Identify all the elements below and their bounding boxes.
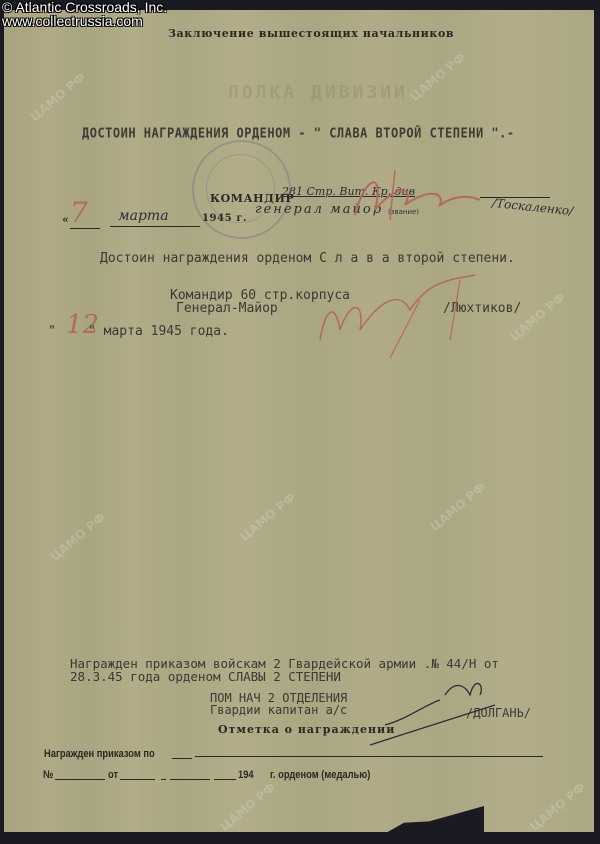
date-year-1: 1945 г.	[202, 213, 247, 224]
form-date-line	[161, 779, 166, 780]
section-title: Заключение вышестоящих начальников	[168, 27, 454, 40]
form-date-line	[120, 779, 155, 780]
copyright-watermark: © Atlantic Crossroads, Inc. www.collectr…	[2, 0, 167, 28]
archive-watermark: ЦАМО РФ	[47, 510, 108, 564]
date-month-line	[110, 226, 200, 227]
official-stamp	[192, 140, 291, 239]
form-awarded-by-label: Награжден приказом по	[44, 748, 155, 760]
verdict-2: Достоин награждения орденом С л а в а вт…	[100, 251, 515, 266]
corps-commander-line2: Генерал-Майор	[176, 301, 278, 316]
form-line	[172, 758, 192, 759]
archive-watermark: ЦАМО РФ	[407, 50, 468, 104]
archive-watermark: ЦАМО РФ	[507, 290, 568, 344]
date-quote-2: "	[48, 324, 56, 339]
date-open-quote: «	[62, 213, 69, 226]
ink-signature-3	[365, 670, 515, 750]
verdict-1: ДОСТОИН НАГРАЖДЕНИЯ ОРДЕНОМ - " СЛАВА ВТ…	[82, 125, 515, 140]
faded-title: ПОЛКА ДИВИЗИИ	[228, 82, 408, 103]
archive-watermark: ЦАМО РФ	[237, 490, 298, 544]
website-line: www.collectrussia.com	[2, 14, 167, 28]
form-number-label: №	[43, 769, 53, 781]
date-day-line	[70, 228, 100, 229]
red-signature-2	[300, 270, 490, 360]
form-date-line	[170, 779, 210, 780]
archive-watermark: ЦАМО РФ	[27, 70, 88, 124]
form-award-suffix: г. орденом (медалью)	[270, 769, 370, 781]
red-signature-1	[345, 165, 485, 225]
form-line	[195, 756, 543, 757]
date-month-1: марта	[118, 208, 169, 224]
form-number-line	[55, 779, 105, 780]
date-day-1: 7	[70, 196, 88, 229]
date-text-2: " марта 1945 года.	[88, 324, 229, 339]
form-year-label: 194	[238, 769, 254, 781]
award-order-line2: 28.3.45 года орденом СЛАВЫ 2 СТЕПЕНИ	[70, 669, 341, 684]
archive-watermark: ЦАМО РФ	[527, 780, 588, 834]
archive-watermark: ЦАМО РФ	[217, 780, 278, 834]
official-line2: Гвардии капитан а/с	[210, 703, 347, 717]
copyright-line: © Atlantic Crossroads, Inc.	[2, 0, 167, 14]
form-from-label: от	[108, 769, 118, 781]
archive-watermark: ЦАМО РФ	[427, 480, 488, 534]
award-mark-label: Отметка о награждении	[218, 723, 395, 736]
form-date-line	[214, 779, 236, 780]
